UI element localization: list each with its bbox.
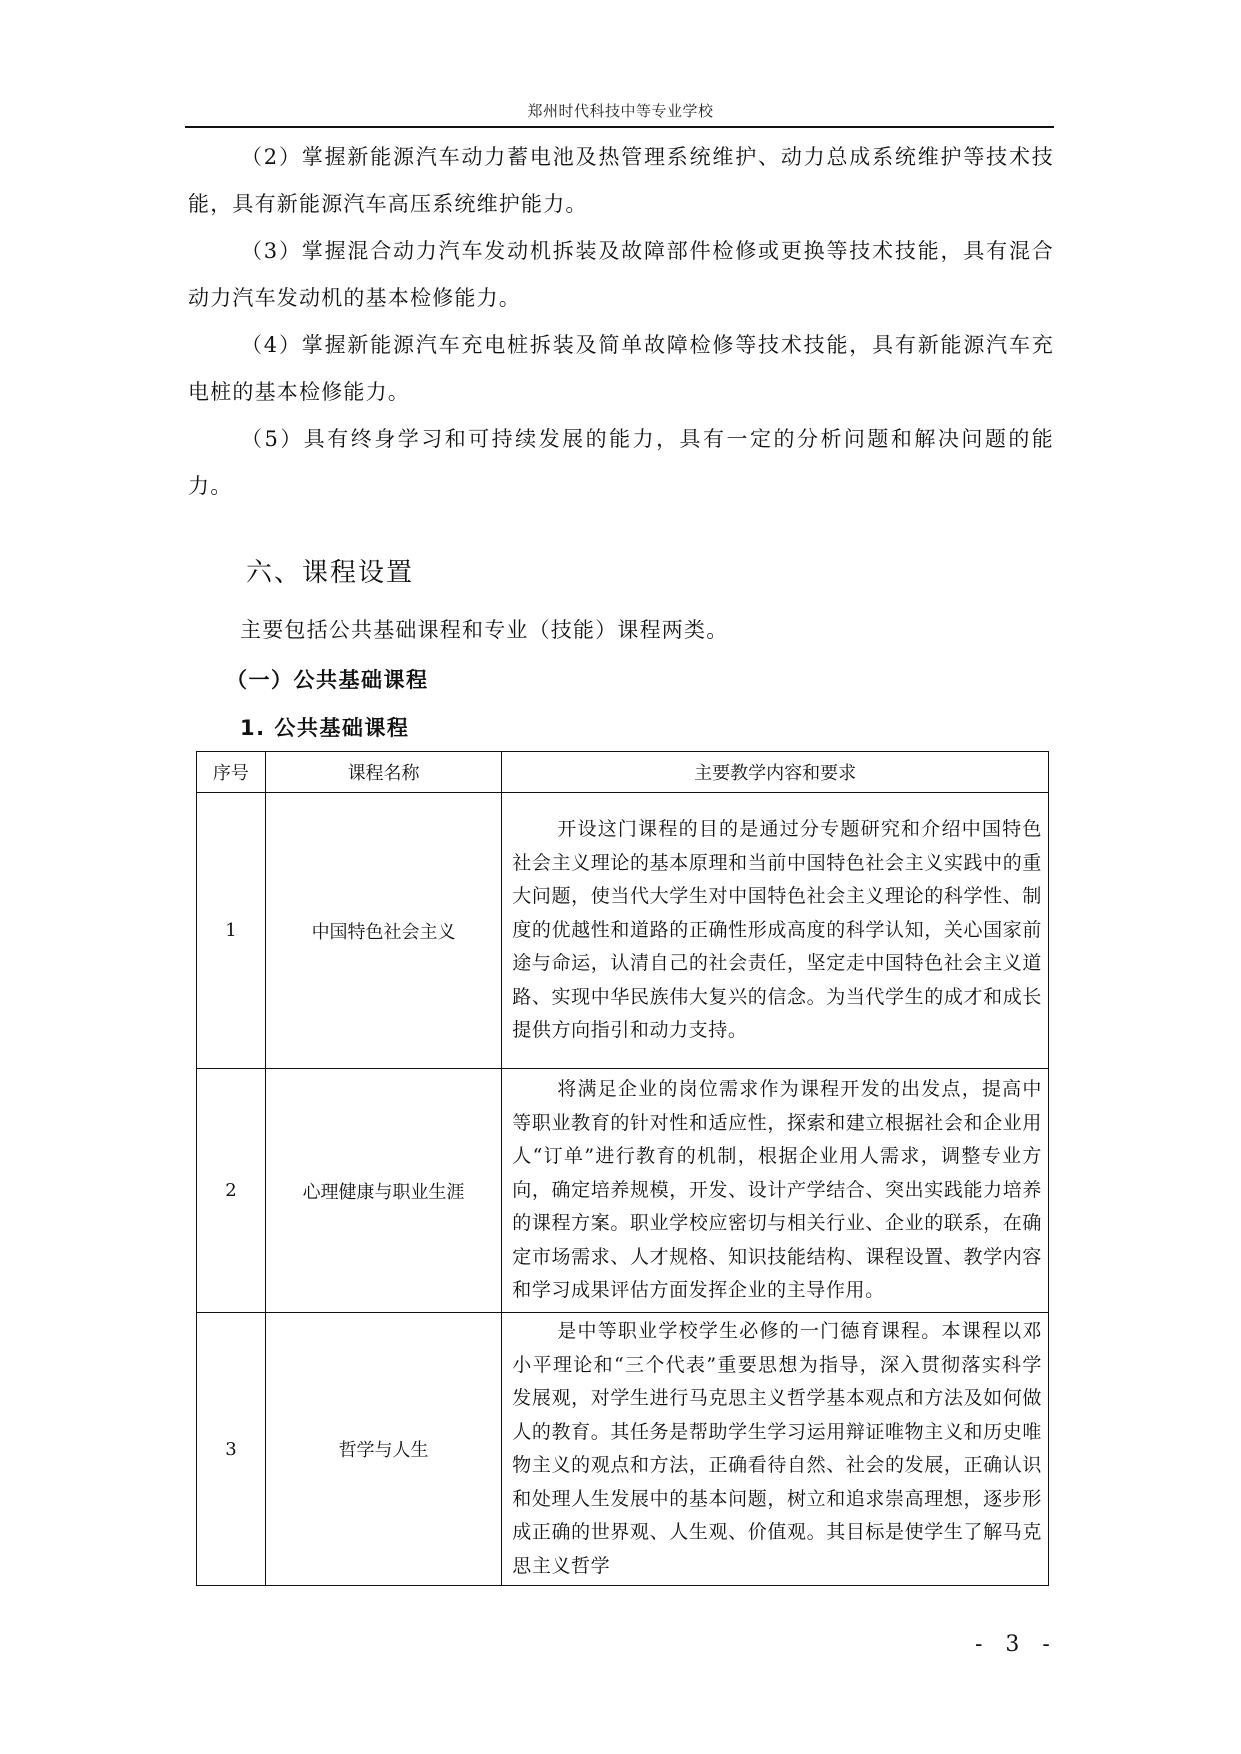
row-number: 3 bbox=[197, 1313, 266, 1586]
page-number: - 3 - bbox=[975, 1632, 1058, 1657]
paragraph-item-4: （4）掌握新能源汽车充电桩拆装及简单故障检修等技术技能，具有新能源汽车充电桩的基… bbox=[188, 322, 1054, 416]
paragraph-item-3: （3）掌握混合动力汽车发动机拆装及故障部件检修或更换等技术技能，具有混合动力汽车… bbox=[188, 228, 1054, 322]
table-header-row: 序号 课程名称 主要教学内容和要求 bbox=[197, 752, 1049, 793]
subsection-heading: （一）公共基础课程 bbox=[226, 664, 429, 694]
course-name: 哲学与人生 bbox=[265, 1313, 501, 1586]
subsubsection-heading: 1. 公共基础课程 bbox=[240, 712, 409, 742]
course-description: 开设这门课程的目的是通过分专题研究和介绍中国特色社会主义理论的基本原理和当前中国… bbox=[502, 811, 1048, 1050]
header-content: 主要教学内容和要求 bbox=[502, 752, 1049, 793]
table-row: 2 心理健康与职业生涯 将满足企业的岗位需求作为课程开发的出发点，提高中等职业教… bbox=[197, 1069, 1049, 1313]
document-header-title: 郑州时代科技中等专业学校 bbox=[0, 100, 1241, 121]
header-course-name: 课程名称 bbox=[265, 752, 501, 793]
course-table: 序号 课程名称 主要教学内容和要求 1 中国特色社会主义 开设这门课程的目的是通… bbox=[196, 751, 1049, 1586]
header-divider bbox=[185, 126, 1054, 128]
course-description: 将满足企业的岗位需求作为课程开发的出发点，提高中等职业教育的针对性和适应性，探索… bbox=[502, 1071, 1048, 1310]
course-name: 心理健康与职业生涯 bbox=[265, 1069, 501, 1313]
course-name: 中国特色社会主义 bbox=[265, 793, 501, 1069]
paragraph-item-2: （2）掌握新能源汽车动力蓄电池及热管理系统维护、动力总成系统维护等技术技能，具有… bbox=[188, 134, 1054, 228]
row-number: 1 bbox=[197, 793, 266, 1069]
table-row: 3 哲学与人生 是中等职业学校学生必修的一门德育课程。本课程以邓小平理论和“三个… bbox=[197, 1313, 1049, 1586]
paragraph-item-5: （5）具有终身学习和可持续发展的能力，具有一定的分析问题和解决问题的能力。 bbox=[188, 416, 1054, 510]
table-row: 1 中国特色社会主义 开设这门课程的目的是通过分专题研究和介绍中国特色社会主义理… bbox=[197, 793, 1049, 1069]
course-description: 是中等职业学校学生必修的一门德育课程。本课程以邓小平理论和“三个代表”重要思想为… bbox=[502, 1313, 1048, 1585]
header-no: 序号 bbox=[197, 752, 266, 793]
row-number: 2 bbox=[197, 1069, 266, 1313]
section-heading: 六、课程设置 bbox=[246, 552, 414, 589]
section-intro: 主要包括公共基础课程和专业（技能）课程两类。 bbox=[240, 614, 728, 644]
